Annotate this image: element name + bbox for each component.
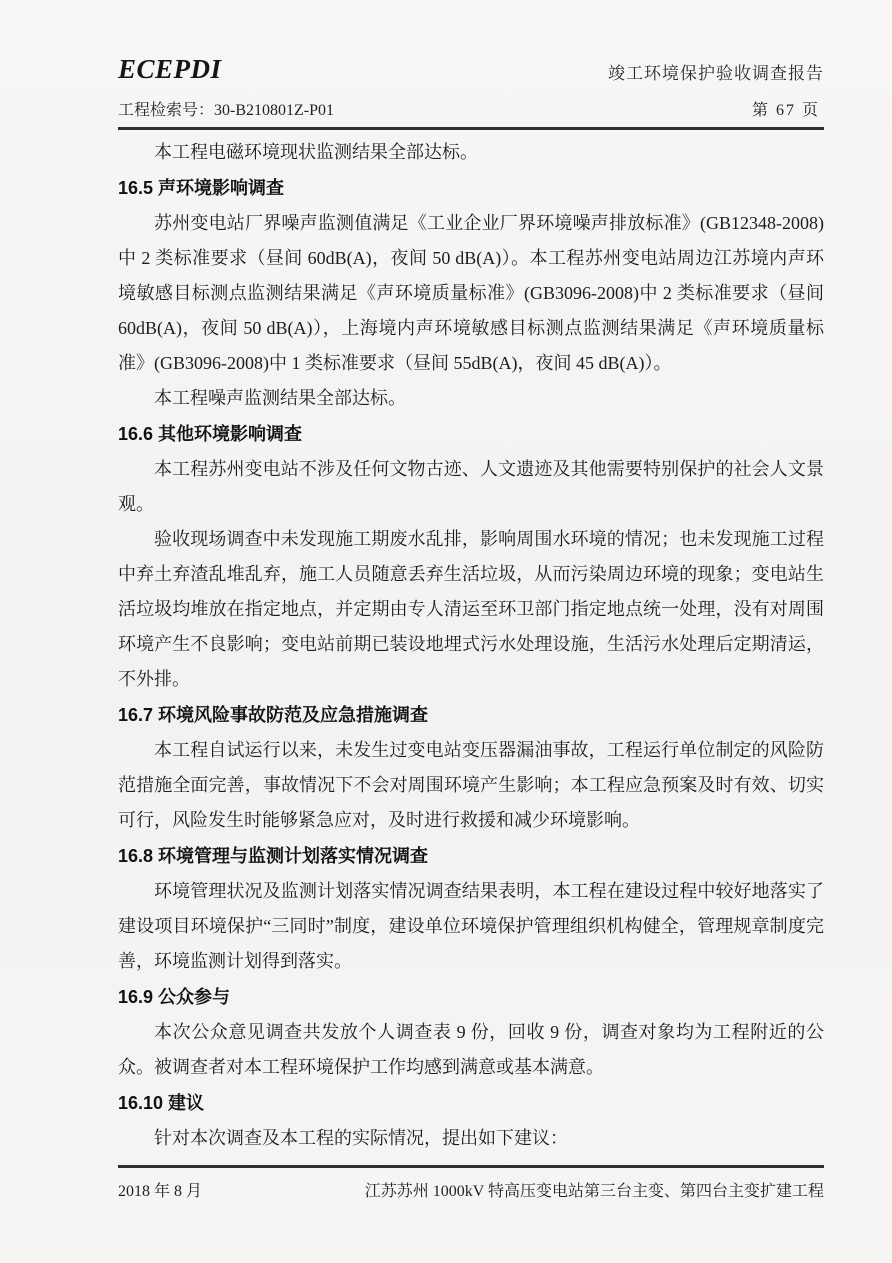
footer-project-name: 江苏苏州 1000kV 特高压变电站第三台主变、第四台主变扩建工程 xyxy=(365,1178,824,1201)
document-page: ECEPDI 竣工环境保护验收调查报告 工程检索号：30-B210801Z-P0… xyxy=(0,0,892,1263)
paragraph: 本工程自试运行以来，未发生过变电站变压器漏油事故，工程运行单位制定的风险防范措施… xyxy=(118,733,824,838)
doc-index-label: 工程检索号： xyxy=(118,102,214,119)
section-heading: 16.6 其他环境影响调查 xyxy=(118,417,824,452)
section-heading: 16.10 建议 xyxy=(118,1086,824,1121)
header-divider xyxy=(118,127,824,130)
paragraph: 验收现场调查中未发现施工期废水乱排，影响周围水环境的情况；也未发现施工过程中弃土… xyxy=(118,522,824,697)
paragraph: 本工程噪声监测结果全部达标。 xyxy=(118,381,824,416)
footer-date: 2018 年 8 月 xyxy=(118,1178,202,1201)
section-heading: 16.8 环境管理与监测计划落实情况调查 xyxy=(118,839,824,874)
section-heading: 16.5 声环境影响调查 xyxy=(118,171,824,206)
company-logo: ECEPDI xyxy=(118,54,222,85)
paragraph: 本次公众意见调查共发放个人调查表 9 份，回收 9 份，调查对象均为工程附近的公… xyxy=(118,1015,824,1085)
section-heading: 16.9 公众参与 xyxy=(118,980,824,1015)
report-title: 竣工环境保护验收调查报告 xyxy=(608,59,824,85)
page-footer: 2018 年 8 月 江苏苏州 1000kV 特高压变电站第三台主变、第四台主变… xyxy=(118,1165,824,1201)
page-header: ECEPDI 竣工环境保护验收调查报告 工程检索号：30-B210801Z-P0… xyxy=(118,0,824,130)
doc-index-number: 工程检索号：30-B210801Z-P01 xyxy=(118,97,334,120)
doc-index-value: 30-B210801Z-P01 xyxy=(214,102,334,119)
page-number: 第 67 页 xyxy=(752,97,824,120)
paragraph: 环境管理状况及监测计划落实情况调查结果表明，本工程在建设过程中较好地落实了建设项… xyxy=(118,874,824,979)
paragraph: 苏州变电站厂界噪声监测值满足《工业企业厂界环境噪声排放标准》(GB12348-2… xyxy=(118,206,824,381)
section-heading: 16.7 环境风险事故防范及应急措施调查 xyxy=(118,698,824,733)
paragraph: 本工程苏州变电站不涉及任何文物古迹、人文遗迹及其他需要特别保护的社会人文景观。 xyxy=(118,452,824,522)
paragraph: 本工程电磁环境现状监测结果全部达标。 xyxy=(118,135,824,170)
paragraph: 针对本次调查及本工程的实际情况，提出如下建议： xyxy=(118,1121,824,1156)
document-body: 本工程电磁环境现状监测结果全部达标。16.5 声环境影响调查苏州变电站厂界噪声监… xyxy=(118,135,824,1156)
